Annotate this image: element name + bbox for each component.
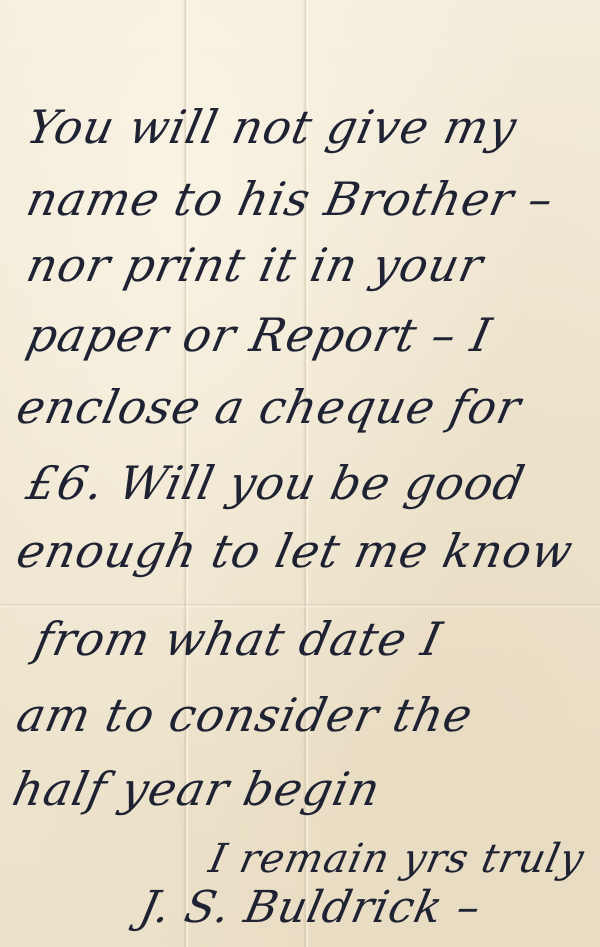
signature: J. S. Buldrick – [135,882,486,933]
letter-line: enclose a cheque for [12,380,526,434]
letter-line: You will not give my [22,100,522,154]
letter-line: £6. Will you be good [22,456,530,510]
letter-page: You will not give my name to his Brother… [0,0,600,947]
letter-line: nor print it in your [22,238,488,292]
letter-line: name to his Brother – [22,172,559,226]
letter-line: paper or Report – I [22,308,497,362]
horizontal-fold-line [0,603,600,608]
letter-line: am to consider the [12,688,478,742]
closing-line: I remain yrs truly [205,836,588,882]
letter-line: enough to let me know [12,524,578,578]
letter-line: half year begin [8,762,386,816]
letter-line: from what date I [30,612,447,666]
